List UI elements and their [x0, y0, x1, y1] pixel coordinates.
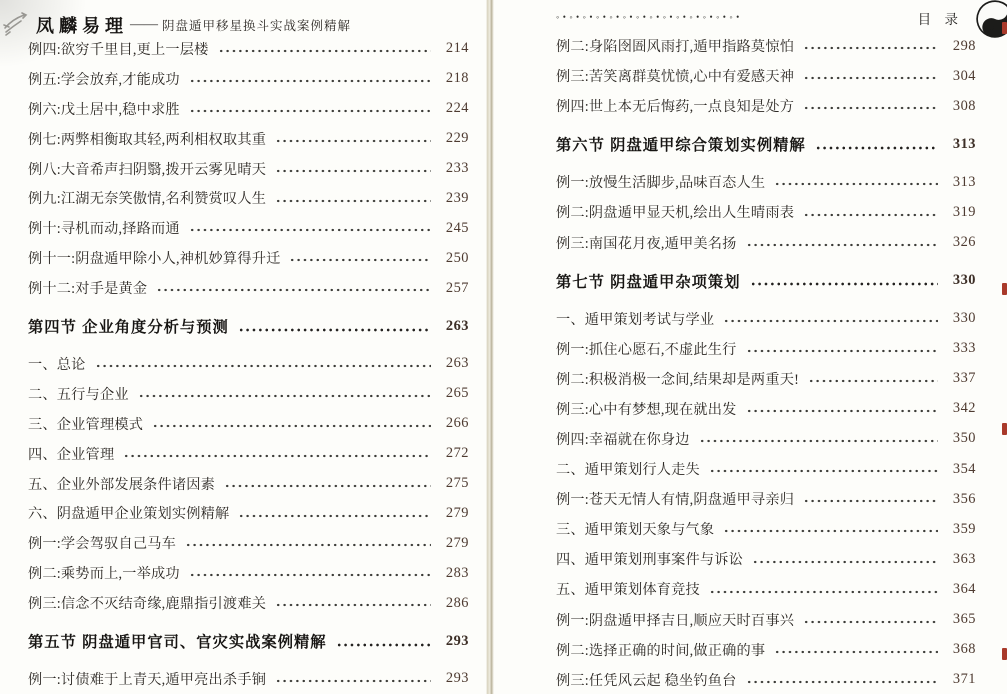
entry-page-number: 293: [438, 633, 469, 650]
entry-title: 四、遁甲策划刑事案件与诉讼: [556, 549, 743, 569]
toc-section-entry: 第五节 阴盘遁甲官司、官灾实战案例精解293: [28, 618, 469, 664]
entry-title: 第四节 企业角度分析与预测: [28, 315, 229, 337]
toc-entry: 例三:南国花月夜,遁甲美名扬326: [556, 227, 976, 257]
entry-title: 例七:两弊相衡取其轻,两利相权取其重: [28, 129, 266, 149]
dot-leader: [803, 61, 938, 91]
dot-leader: [189, 64, 431, 94]
entry-page-number: 350: [945, 430, 976, 447]
toc-entry: 例九:江湖无奈笑傲情,名利赞赏叹人生239: [28, 183, 469, 213]
entry-page-number: 330: [945, 272, 976, 289]
dot-leader: [138, 379, 431, 409]
dot-leader: [803, 91, 938, 121]
dot-leader: [185, 528, 431, 558]
entry-title: 四、企业管理: [28, 444, 114, 464]
toc-section-entry: 第六节 阴盘遁甲综合策划实例精解313: [556, 121, 976, 167]
dot-leader: [218, 34, 431, 64]
toc-entry: 例十一:阴盘遁甲除小人,神机妙算得升迁250: [28, 243, 469, 273]
entry-title: 第六节 阴盘遁甲综合策划实例精解: [556, 133, 806, 155]
entry-title: 例一:阴盘遁甲择吉日,顺应天时百事兴: [556, 610, 794, 630]
dot-leader: [774, 167, 938, 197]
entry-title: 例三:苦笑离群莫忧愤,心中有爱感天神: [556, 66, 794, 86]
toc-entry: 例六:戊土居中,稳中求胜224: [28, 94, 469, 124]
toc-page-title: 目 录: [918, 8, 963, 28]
dot-leader: [275, 183, 431, 213]
title-dash: ——: [130, 17, 158, 33]
entry-page-number: 229: [438, 130, 469, 147]
entry-title: 例五:学会放弃,才能成功: [28, 69, 180, 89]
entry-page-number: 319: [945, 204, 976, 221]
left-page: 凤麟易理 —— 阴盘遁甲移星换斗实战案例精解 例四:欲穷千里目,更上一层楼214…: [0, 0, 488, 694]
dot-leader: [336, 618, 431, 664]
entry-title: 例二:积极消极一念间,结果却是两重天!: [556, 369, 799, 389]
entry-title: 例三:信念不灭结奇缘,鹿鼎指引渡难关: [28, 593, 266, 613]
header-dots-ornament: ◦•◦•◦•◦•◦•◦•◦•◦•◦•◦•◦•◦•◦•◦•: [556, 12, 743, 22]
entry-title: 例十一:阴盘遁甲除小人,神机妙算得升迁: [28, 248, 280, 268]
dot-leader: [275, 154, 431, 184]
entry-title: 六、阴盘遁甲企业策划实例精解: [28, 503, 229, 523]
entry-page-number: 250: [438, 250, 469, 267]
entry-title: 例一:讨债难于上青天,遁甲亮出杀手锏: [28, 669, 266, 689]
toc-entry: 例八:大音希声扫阴翳,拨开云雾见晴天233: [28, 154, 469, 184]
toc-entry: 例四:世上本无后悔药,一点良知是处方308: [556, 91, 976, 121]
entry-page-number: 313: [945, 174, 976, 191]
entry-page-number: 239: [438, 190, 469, 207]
entry-title: 第七节 阴盘遁甲杂项策划: [556, 270, 741, 292]
entry-title: 例四:世上本无后悔药,一点良知是处方: [556, 96, 794, 116]
toc-entry: 例十:寻机而动,择路而通245: [28, 213, 469, 243]
entry-page-number: 224: [438, 100, 469, 117]
dot-leader: [123, 439, 431, 469]
book-subtitle: 阴盘遁甲移星换斗实战案例精解: [162, 16, 351, 34]
entry-page-number: 279: [438, 505, 469, 522]
toc-entry: 五、遁甲策划体育竞技364: [556, 574, 976, 604]
entry-title: 二、遁甲策划行人走失: [556, 459, 700, 479]
entry-page-number: 365: [945, 611, 976, 628]
dot-leader: [746, 665, 938, 694]
entry-page-number: 326: [945, 234, 976, 251]
entry-page-number: 245: [438, 220, 469, 237]
toc-entry: 例二:阴盘遁甲显天机,绘出人生晴雨表319: [556, 197, 976, 227]
toc-entry: 例三:苦笑离群莫忧愤,心中有爱感天神304: [556, 61, 976, 91]
entry-title: 例四:幸福就在你身边: [556, 429, 690, 449]
toc-entry: 例一:阴盘遁甲择吉日,顺应天时百事兴365: [556, 605, 976, 635]
toc-entry: 五、企业外部发展条件诸因素275: [28, 469, 469, 499]
entry-title: 三、企业管理模式: [28, 414, 143, 434]
dot-leader: [808, 364, 938, 394]
entry-page-number: 275: [438, 475, 469, 492]
red-edge-mark: [1002, 283, 1007, 295]
dot-leader: [238, 303, 431, 349]
toc-entry: 四、遁甲策划刑事案件与诉讼363: [556, 544, 976, 574]
dot-leader: [803, 484, 938, 514]
dot-leader: [95, 349, 431, 379]
entry-title: 一、总论: [28, 354, 86, 374]
entry-page-number: 293: [438, 670, 469, 687]
entry-title: 例十:寻机而动,择路而通: [28, 218, 180, 238]
entry-title: 例二:身陷囹圄风雨打,遁甲指路莫惊怕: [556, 36, 794, 56]
dot-leader: [815, 121, 938, 167]
dot-leader: [224, 469, 431, 499]
entry-page-number: 214: [438, 40, 469, 57]
entry-page-number: 272: [438, 445, 469, 462]
entry-title: 例十二:对手是黄金: [28, 278, 147, 298]
dot-leader: [275, 664, 431, 694]
toc-section-entry: 第四节 企业角度分析与预测263: [28, 303, 469, 349]
entry-title: 例三:南国花月夜,遁甲美名扬: [556, 233, 737, 253]
page-gutter-line: [486, 0, 494, 694]
dot-leader: [723, 304, 938, 334]
dot-leader: [238, 498, 431, 528]
entry-title: 例二:乘势而上,一举成功: [28, 563, 180, 583]
phoenix-logo-icon: [2, 8, 28, 42]
entry-title: 例三:心中有梦想,现在就出发: [556, 399, 737, 419]
dot-leader: [750, 258, 938, 304]
entry-title: 第五节 阴盘遁甲官司、官灾实战案例精解: [28, 630, 327, 652]
entry-title: 一、遁甲策划考试与学业: [556, 309, 714, 329]
dot-leader: [699, 424, 938, 454]
toc-entry: 例一:学会驾驭自己马车279: [28, 528, 469, 558]
toc-entry: 例二:积极消极一念间,结果却是两重天!337: [556, 364, 976, 394]
entry-page-number: 342: [945, 400, 976, 417]
entry-title: 例一:苍天无情人有情,阴盘遁甲寻亲归: [556, 489, 794, 509]
dot-leader: [803, 605, 938, 635]
dot-leader: [752, 544, 938, 574]
entry-page-number: 263: [438, 318, 469, 335]
entry-title: 例一:放慢生活脚步,品味百态人生: [556, 172, 765, 192]
toc-entry: 例三:任凭风云起 稳坐钓鱼台371: [556, 665, 976, 694]
entry-page-number: 308: [945, 98, 976, 115]
dot-leader: [189, 94, 431, 124]
entry-page-number: 356: [945, 491, 976, 508]
dot-leader: [156, 273, 431, 303]
toc-entry: 三、遁甲策划天象与气象359: [556, 514, 976, 544]
dot-leader: [289, 243, 431, 273]
entry-page-number: 364: [945, 581, 976, 598]
left-toc-list: 例四:欲穷千里目,更上一层楼214例五:学会放弃,才能成功218例六:戊土居中,…: [28, 34, 469, 694]
entry-title: 例八:大音希声扫阴翳,拨开云雾见晴天: [28, 159, 266, 179]
entry-title: 五、企业外部发展条件诸因素: [28, 474, 215, 494]
toc-entry: 一、遁甲策划考试与学业330: [556, 304, 976, 334]
entry-title: 三、遁甲策划天象与气象: [556, 519, 714, 539]
entry-page-number: 257: [438, 280, 469, 297]
entry-page-number: 354: [945, 461, 976, 478]
toc-entry: 例一:放慢生活脚步,品味百态人生313: [556, 167, 976, 197]
toc-entry: 例一:抓住心愿石,不虚此生行333: [556, 334, 976, 364]
toc-entry: 例五:学会放弃,才能成功218: [28, 64, 469, 94]
dot-leader: [803, 31, 938, 61]
entry-page-number: 263: [438, 355, 469, 372]
entry-page-number: 266: [438, 415, 469, 432]
toc-entry: 例四:欲穷千里目,更上一层楼214: [28, 34, 469, 64]
entry-page-number: 233: [438, 160, 469, 177]
entry-title: 二、五行与企业: [28, 384, 129, 404]
entry-title: 例四:欲穷千里目,更上一层楼: [28, 39, 209, 59]
red-edge-mark: [1002, 423, 1007, 435]
red-edge-mark: [1002, 22, 1007, 34]
dot-leader: [746, 394, 938, 424]
entry-page-number: 283: [438, 565, 469, 582]
toc-entry: 二、遁甲策划行人走失354: [556, 454, 976, 484]
entry-title: 例六:戊土居中,稳中求胜: [28, 99, 180, 119]
red-edge-mark: [1002, 648, 1007, 660]
toc-entry: 例四:幸福就在你身边350: [556, 424, 976, 454]
entry-page-number: 279: [438, 535, 469, 552]
entry-page-number: 368: [945, 641, 976, 658]
entry-page-number: 359: [945, 521, 976, 538]
toc-entry: 例二:乘势而上,一举成功283: [28, 558, 469, 588]
dot-leader: [709, 454, 938, 484]
entry-page-number: 218: [438, 70, 469, 87]
toc-entry: 一、总论263: [28, 349, 469, 379]
toc-entry: 例三:信念不灭结奇缘,鹿鼎指引渡难关286: [28, 588, 469, 618]
dot-leader: [152, 409, 431, 439]
entry-title: 例二:阴盘遁甲显天机,绘出人生晴雨表: [556, 202, 794, 222]
right-page: ◦•◦•◦•◦•◦•◦•◦•◦•◦•◦•◦•◦•◦•◦• 目 录 例二:身陷囹圄…: [494, 0, 1007, 694]
toc-entry: 例一:苍天无情人有情,阴盘遁甲寻亲归356: [556, 484, 976, 514]
toc-section-entry: 第七节 阴盘遁甲杂项策划330: [556, 258, 976, 304]
toc-entry: 例七:两弊相衡取其轻,两利相权取其重229: [28, 124, 469, 154]
entry-page-number: 363: [945, 551, 976, 568]
entry-page-number: 371: [945, 671, 976, 688]
entry-title: 五、遁甲策划体育竞技: [556, 579, 700, 599]
entry-title: 例一:抓住心愿石,不虚此生行: [556, 339, 737, 359]
toc-entry: 四、企业管理272: [28, 439, 469, 469]
toc-entry: 例二:身陷囹圄风雨打,遁甲指路莫惊怕298: [556, 31, 976, 61]
toc-entry: 例一:讨债难于上青天,遁甲亮出杀手锏293: [28, 664, 469, 694]
dot-leader: [189, 558, 431, 588]
entry-page-number: 304: [945, 68, 976, 85]
entry-page-number: 286: [438, 595, 469, 612]
toc-entry: 例三:心中有梦想,现在就出发342: [556, 394, 976, 424]
scanned-toc-spread: 凤麟易理 —— 阴盘遁甲移星换斗实战案例精解 例四:欲穷千里目,更上一层楼214…: [0, 0, 1007, 694]
dot-leader: [746, 334, 938, 364]
entry-page-number: 313: [945, 136, 976, 153]
dot-leader: [275, 588, 431, 618]
toc-entry: 例二:选择正确的时间,做正确的事368: [556, 635, 976, 665]
entry-title: 例二:选择正确的时间,做正确的事: [556, 640, 765, 660]
dot-leader: [275, 124, 431, 154]
entry-page-number: 333: [945, 340, 976, 357]
entry-title: 例三:任凭风云起 稳坐钓鱼台: [556, 670, 737, 690]
right-toc-list: 例二:身陷囹圄风雨打,遁甲指路莫惊怕298例三:苦笑离群莫忧愤,心中有爱感天神3…: [556, 31, 976, 694]
entry-page-number: 265: [438, 385, 469, 402]
dot-leader: [709, 574, 938, 604]
entry-page-number: 337: [945, 370, 976, 387]
dot-leader: [774, 635, 938, 665]
dot-leader: [723, 514, 938, 544]
entry-page-number: 298: [945, 38, 976, 55]
entry-title: 例九:江湖无奈笑傲情,名利赞赏叹人生: [28, 188, 266, 208]
toc-entry: 例十二:对手是黄金257: [28, 273, 469, 303]
entry-page-number: 330: [945, 310, 976, 327]
dot-leader: [746, 227, 938, 257]
entry-title: 例一:学会驾驭自己马车: [28, 533, 176, 553]
yinyang-icon: [974, 0, 1007, 40]
toc-entry: 三、企业管理模式266: [28, 409, 469, 439]
dot-leader: [803, 197, 938, 227]
toc-entry: 二、五行与企业265: [28, 379, 469, 409]
toc-entry: 六、阴盘遁甲企业策划实例精解279: [28, 498, 469, 528]
dot-leader: [189, 213, 431, 243]
